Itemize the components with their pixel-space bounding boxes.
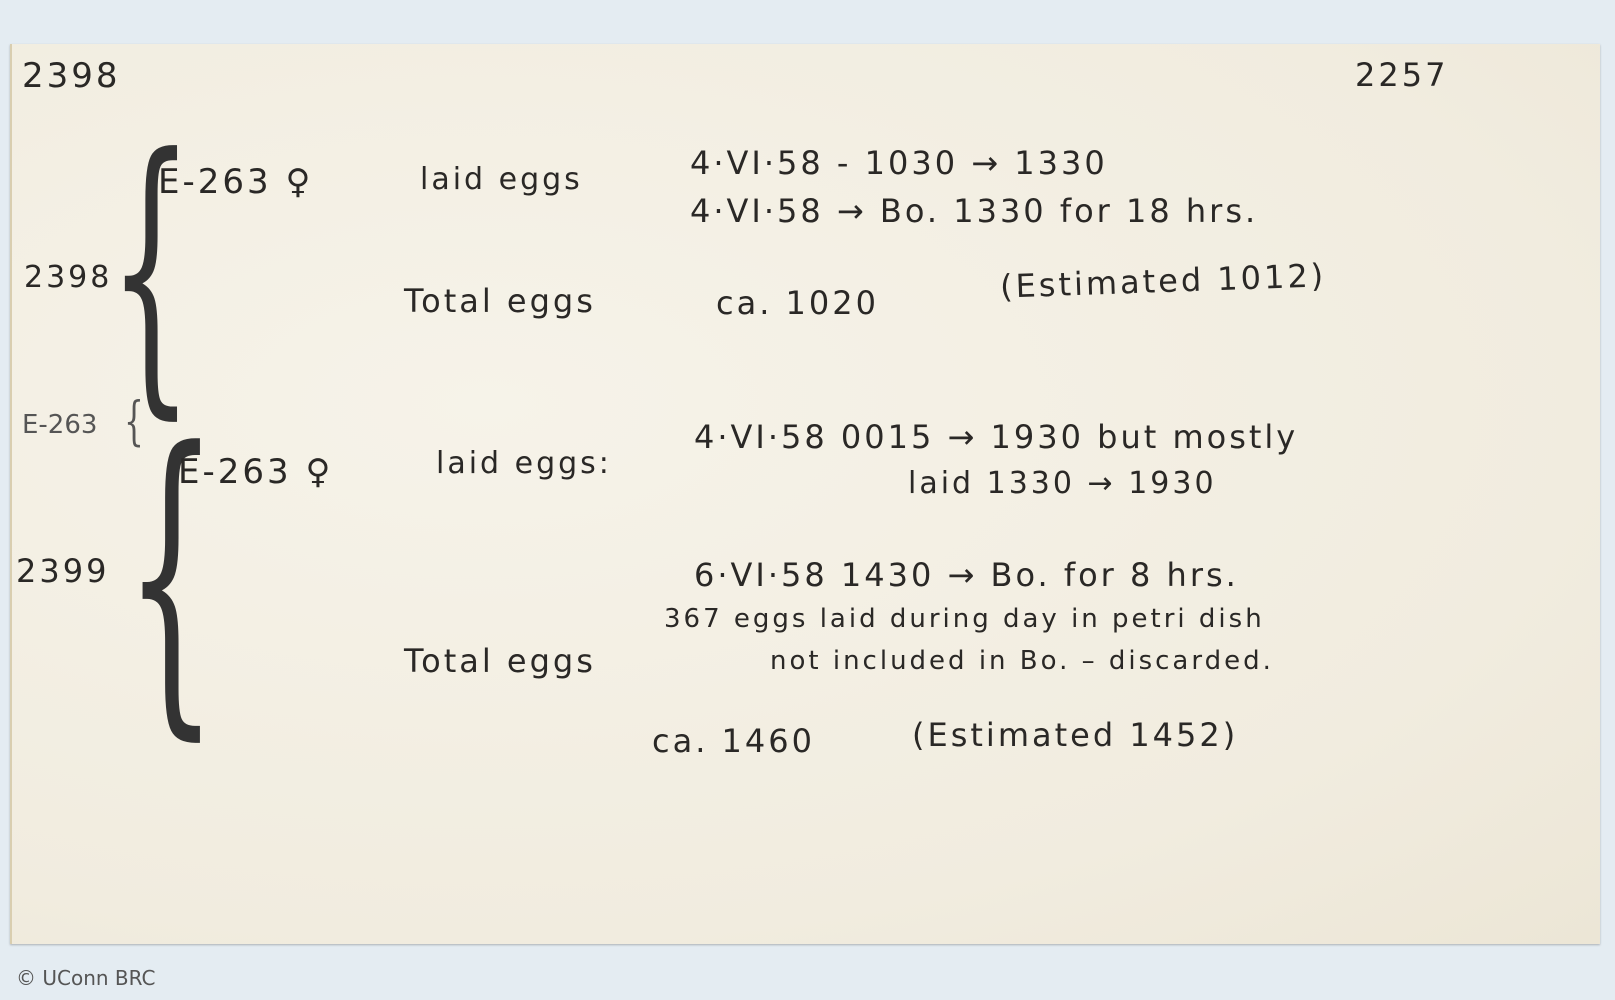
entry2-line1b: laid 1330 → 1930	[908, 466, 1217, 501]
entry1-label: 2398	[24, 260, 112, 295]
entry2-estimated: (Estimated 1452)	[912, 716, 1238, 754]
entry2-label: 2399	[16, 552, 109, 590]
entry2-line1: 4·VI·58 0015 → 1930 but mostly	[694, 418, 1298, 456]
copyright-label: © UConn BRC	[16, 966, 156, 990]
entry2-note2: not included in Bo. – discarded.	[770, 646, 1274, 676]
entry2-specimen: E-263 ♀	[178, 452, 333, 492]
entry2-laid-eggs-label: laid eggs:	[436, 446, 612, 481]
entry2-total-label: Total eggs	[404, 642, 596, 680]
entry2-line2: 6·VI·58 1430 → Bo. for 8 hrs.	[694, 556, 1239, 594]
entry1-line1: 4·VI·58 - 1030 → 1330	[690, 144, 1108, 182]
entry1-laid-eggs-label: laid eggs	[420, 162, 583, 197]
entry1-total-value: ca. 1020	[716, 284, 879, 322]
between-label: E-263	[22, 410, 97, 440]
entry1-specimen: E-263 ♀	[158, 162, 313, 202]
card-number-left: 2398	[22, 56, 121, 96]
entry1-total-label: Total eggs	[404, 282, 596, 320]
entry2-note1: 367 eggs laid during day in petri dish	[664, 604, 1265, 634]
entry1-line2: 4·VI·58 → Bo. 1330 for 18 hrs.	[690, 192, 1258, 230]
card-number-right: 2257	[1355, 56, 1448, 94]
entry2-total-value: ca. 1460	[652, 722, 815, 760]
